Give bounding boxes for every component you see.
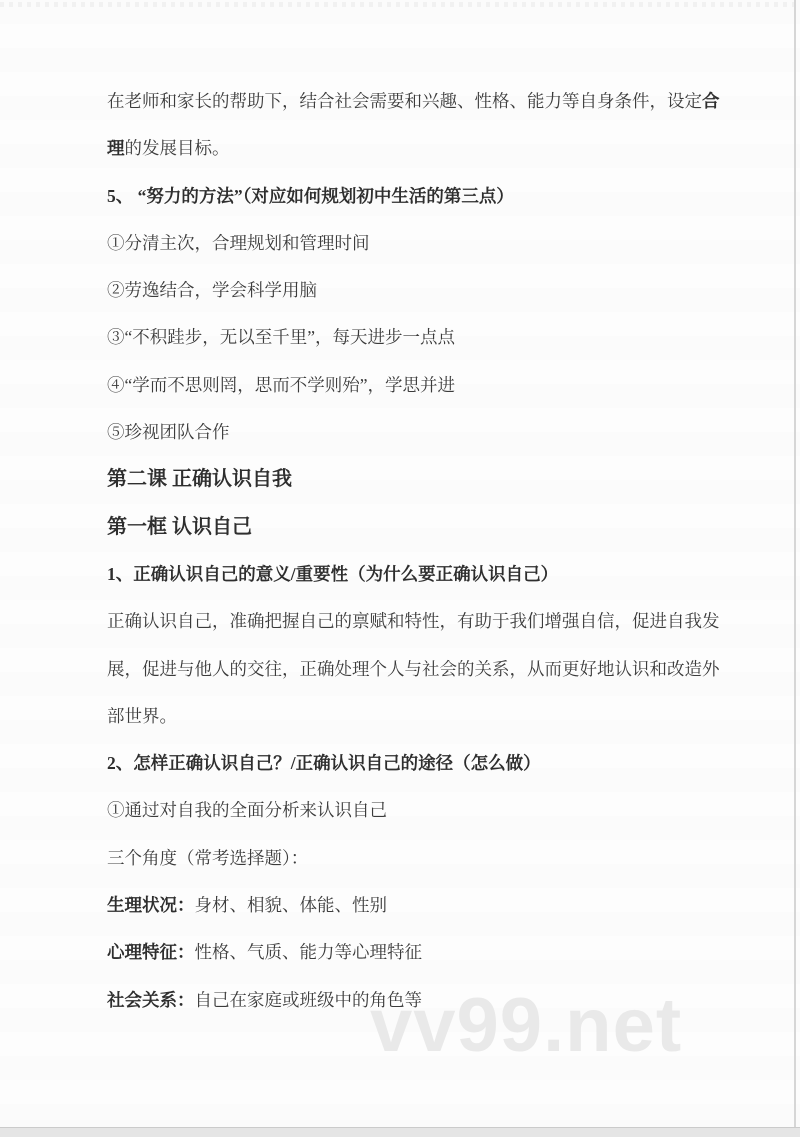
text-run: 身材、相貌、体能、性别	[195, 895, 388, 915]
text-line: 2、怎样正确认识自己？/正确认识自己的途径（怎么做）	[107, 740, 720, 787]
text-line: 第二课 正确认识自我	[107, 456, 720, 503]
text-line: 第一框 认识自己	[107, 504, 720, 551]
text-run: 三个角度（常考选择题）：	[107, 848, 308, 868]
text-run: 合	[702, 91, 720, 111]
text-line: 1、正确认识自己的意义/重要性（为什么要正确认识自己）	[107, 551, 720, 598]
text-run: 1、正确认识自己的意义/重要性（为什么要正确认识自己）	[107, 564, 558, 584]
text-run: ①分清主次，合理规划和管理时间	[107, 233, 370, 253]
text-run: 社会关系：	[107, 990, 195, 1010]
document-page: 在老师和家长的帮助下，结合社会需要和兴趣、性格、能力等自身条件，设定合理的发展目…	[0, 0, 800, 1137]
text-run: ⑤珍视团队合作	[107, 422, 230, 442]
page-right-edge	[794, 0, 796, 1137]
document-content: 在老师和家长的帮助下，结合社会需要和兴趣、性格、能力等自身条件，设定合理的发展目…	[107, 78, 720, 1024]
text-line: 5、 “努力的方法”（对应如何规划初中生活的第三点）	[107, 173, 720, 220]
text-line: 部世界。	[107, 693, 720, 740]
text-run: 正确认识自己，准确把握自己的禀赋和特性，有助于我们增强自信，促进自我发	[107, 611, 720, 631]
text-line: ④“学而不思则罔，思而不学则殆”，学思并进	[107, 362, 720, 409]
text-line: ①分清主次，合理规划和管理时间	[107, 220, 720, 267]
text-line: 理的发展目标。	[107, 125, 720, 172]
text-run: ④“学而不思则罔，思而不学则殆”，学思并进	[107, 375, 455, 395]
text-line: 展，促进与他人的交往，正确处理个人与社会的关系，从而更好地认识和改造外	[107, 646, 720, 693]
text-line: 心理特征：性格、气质、能力等心理特征	[107, 929, 720, 976]
text-run: 第二课 正确认识自我	[107, 468, 292, 490]
text-run: 展，促进与他人的交往，正确处理个人与社会的关系，从而更好地认识和改造外	[107, 659, 720, 679]
text-run: 心理特征：	[107, 942, 195, 962]
text-run: 理	[107, 138, 125, 158]
text-run: 5、 “努力的方法”（对应如何规划初中生活的第三点）	[107, 186, 514, 206]
text-line: ①通过对自我的全面分析来认识自己	[107, 787, 720, 834]
text-line: 在老师和家长的帮助下，结合社会需要和兴趣、性格、能力等自身条件，设定合	[107, 78, 720, 125]
text-run: 生理状况：	[107, 895, 195, 915]
text-run: 性格、气质、能力等心理特征	[195, 942, 423, 962]
text-run: 2、怎样正确认识自己？/正确认识自己的途径（怎么做）	[107, 753, 541, 773]
text-line: 生理状况：身材、相貌、体能、性别	[107, 882, 720, 929]
text-run: ③“不积跬步，无以至千里”，每天进步一点点	[107, 327, 455, 347]
text-run: 部世界。	[107, 706, 177, 726]
text-run: 的发展目标。	[125, 138, 230, 158]
text-run: 在老师和家长的帮助下，结合社会需要和兴趣、性格、能力等自身条件，设定	[107, 91, 702, 111]
text-line: 三个角度（常考选择题）：	[107, 835, 720, 882]
text-line: 正确认识自己，准确把握自己的禀赋和特性，有助于我们增强自信，促进自我发	[107, 598, 720, 645]
scan-artifact-top	[0, 2, 800, 7]
watermark: vv99.net	[370, 988, 682, 1064]
text-run: ①通过对自我的全面分析来认识自己	[107, 800, 387, 820]
text-run: 第一框 认识自己	[107, 516, 252, 538]
text-line: ②劳逸结合，学会科学用脑	[107, 267, 720, 314]
text-run: ②劳逸结合，学会科学用脑	[107, 280, 317, 300]
text-line: ⑤珍视团队合作	[107, 409, 720, 456]
page-bottom-edge	[0, 1127, 800, 1137]
text-line: ③“不积跬步，无以至千里”，每天进步一点点	[107, 314, 720, 361]
